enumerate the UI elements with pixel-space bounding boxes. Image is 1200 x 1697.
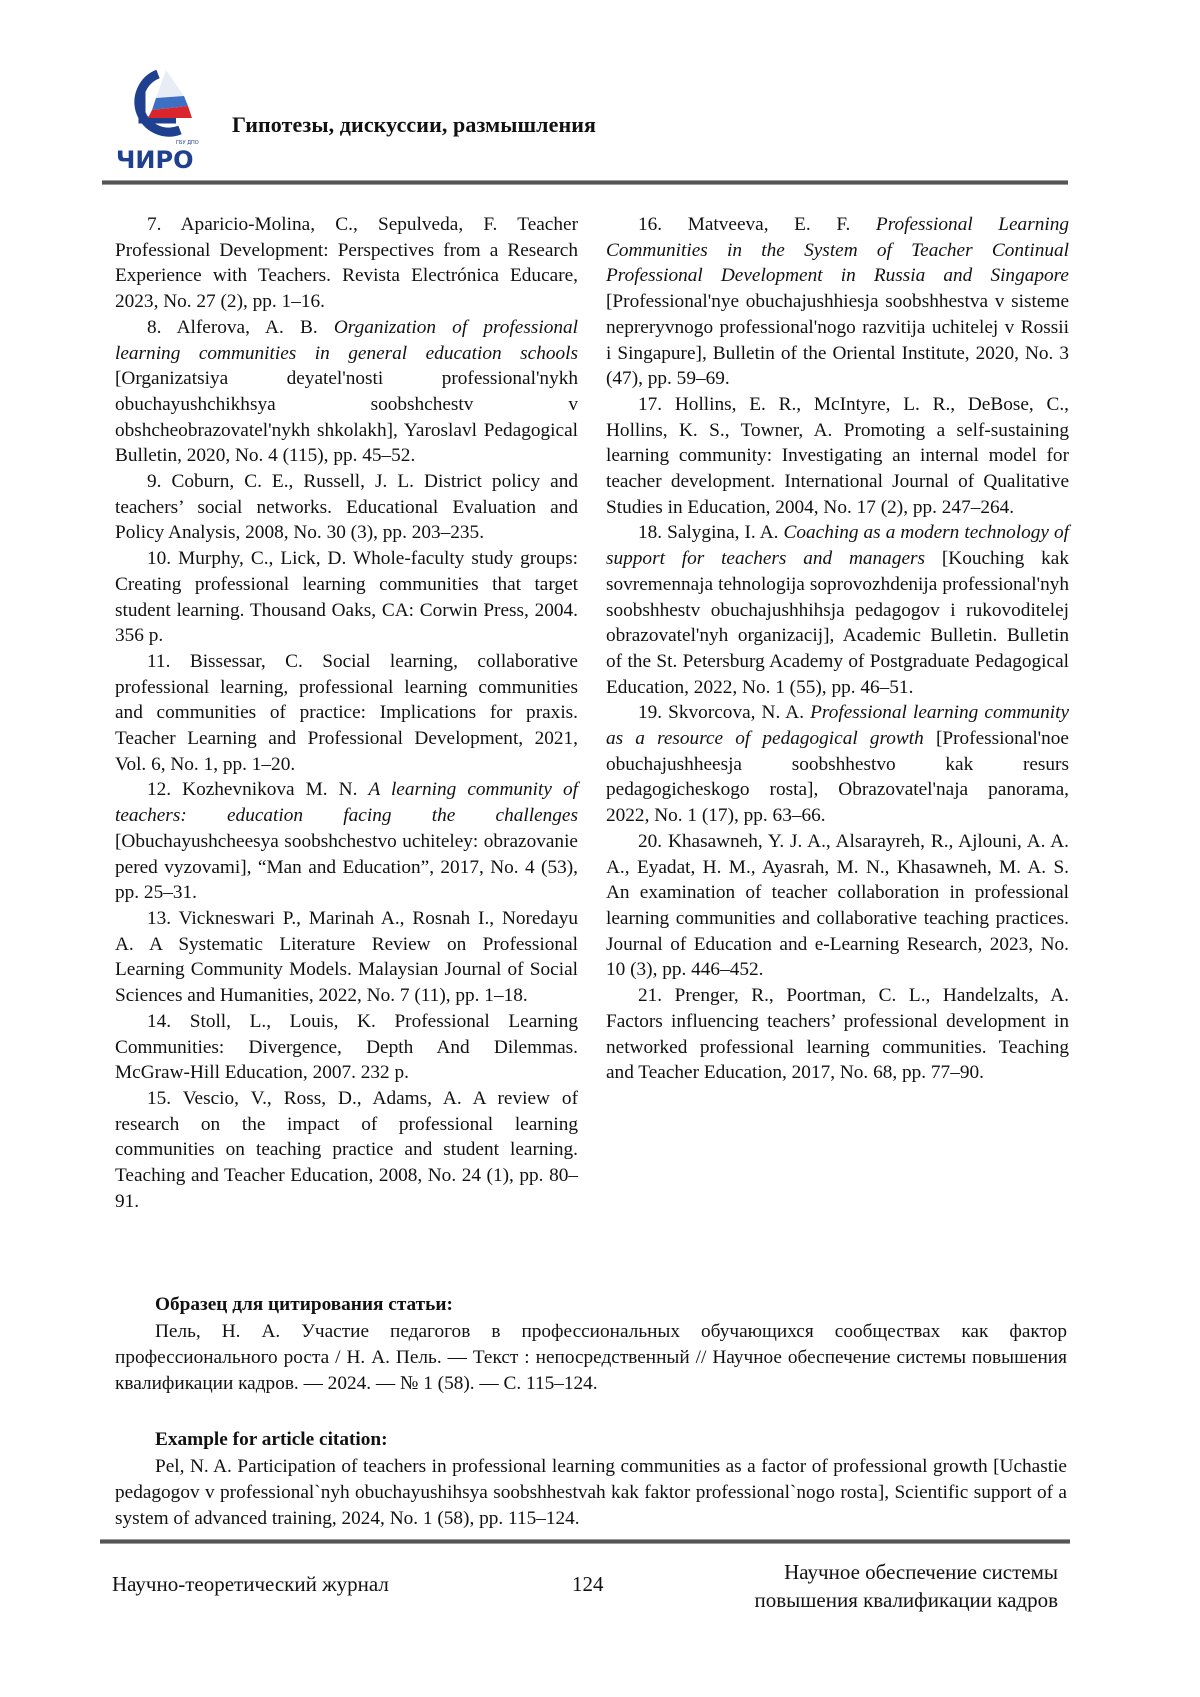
chiro-logo-icon: ГБУ ДПО ЧИРО: [114, 68, 204, 176]
references-left-column: 7. Aparicio-Molina, C., Sepulveda, F. Te…: [115, 212, 578, 1214]
reference-item: 18. Salygina, I. A. Coaching as a modern…: [606, 520, 1069, 700]
reference-item: 11. Bissessar, C. Social learning, colla…: [115, 649, 578, 778]
page-footer: Научно-теоретический журнал 124 Научное …: [0, 1550, 1200, 1620]
references-right-column: 16. Matveeva, E. F. Professional Learnin…: [606, 212, 1069, 1214]
journal-name: Научное обеспечение системы повышения кв…: [754, 1558, 1058, 1614]
reference-item: 10. Murphy, C., Lick, D. Whole-faculty s…: [115, 546, 578, 649]
journal-name-line1: Научное обеспечение системы: [754, 1558, 1058, 1586]
reference-number-authors: 8. Alferova, A. B.: [147, 317, 334, 338]
reference-details: A Systematic Literature Review on Profes…: [115, 934, 578, 1006]
reference-number-authors: 16. Matveeva, E. F.: [638, 214, 876, 235]
reference-item: 7. Aparicio-Molina, C., Sepulveda, F. Te…: [115, 212, 578, 315]
citation-ru-heading: Образец для цитирования статьи:: [155, 1292, 1067, 1318]
reference-item: 17. Hollins, E. R., McIntyre, L. R., DeB…: [606, 392, 1069, 521]
header-divider: [102, 180, 1068, 185]
reference-details: Factors influencing teachers’ profession…: [606, 1011, 1069, 1083]
reference-number-authors: 15. Vescio, V., Ross, D., Adams, A.: [147, 1088, 473, 1109]
chiro-logo: ГБУ ДПО ЧИРО: [114, 68, 204, 176]
reference-item: 20. Khasawneh, Y. J. A., Alsarayreh, R.,…: [606, 829, 1069, 983]
reference-item: 16. Matveeva, E. F. Professional Learnin…: [606, 212, 1069, 392]
citation-en-heading: Example for article citation:: [155, 1427, 1067, 1453]
citation-en: Example for article citation: Pel, N. A.…: [115, 1427, 1067, 1532]
footer-divider: [100, 1539, 1070, 1544]
reference-item: 13. Vickneswari P., Marinah A., Rosnah I…: [115, 906, 578, 1009]
reference-item: 19. Skvorcova, N. A. Professional learni…: [606, 700, 1069, 829]
reference-number-authors: 7. Aparicio-Molina, C., Sepulveda, F.: [147, 214, 517, 235]
reference-item: 15. Vescio, V., Ross, D., Adams, A. A re…: [115, 1086, 578, 1215]
reference-number-authors: 20. Khasawneh, Y. J. A., Alsarayreh, R.,…: [606, 831, 1069, 878]
reference-number-authors: 18. Salygina, I. A.: [638, 522, 784, 543]
reference-number-authors: 21. Prenger, R., Poortman, C. L., Handel…: [638, 985, 1069, 1006]
reference-details: [Kouching kak sovremennaja tehnologija s…: [606, 548, 1069, 698]
reference-number-authors: 12. Kozhevnikova M. N.: [147, 779, 368, 800]
section-title: Гипотезы, дискуссии, размышления: [232, 112, 596, 138]
reference-details: An examination of teacher collaboration …: [606, 882, 1069, 980]
svg-text:ЧИРО: ЧИРО: [116, 146, 193, 174]
citation-ru-text: Пель, Н. А. Участие педагогов в професси…: [115, 1319, 1067, 1397]
journal-type: Научно-теоретический журнал: [112, 1572, 389, 1597]
citation-en-text: Pel, N. A. Participation of teachers in …: [115, 1454, 1067, 1532]
journal-name-line2: повышения квалификации кадров: [754, 1586, 1058, 1614]
reference-number-authors: 10. Murphy, C., Lick, D.: [147, 548, 353, 569]
reference-number-authors: 14. Stoll, L., Louis, K.: [147, 1011, 394, 1032]
reference-number-authors: 11. Bissessar, C.: [147, 651, 322, 672]
page-number: 124: [572, 1572, 604, 1597]
reference-number-authors: 19. Skvorcova, N. A.: [638, 702, 810, 723]
reference-item: 8. Alferova, A. B. Organization of profe…: [115, 315, 578, 469]
reference-details: [Professional'nye obuchajushhiesja soobs…: [606, 291, 1069, 389]
reference-item: 21. Prenger, R., Poortman, C. L., Handel…: [606, 983, 1069, 1086]
page-header: ГБУ ДПО ЧИРО Гипотезы, дискуссии, размыш…: [0, 0, 1200, 190]
reference-item: 12. Kozhevnikova M. N. A learning commun…: [115, 777, 578, 906]
reference-details: [Obuchayushcheesya soobshchestvo uchitel…: [115, 831, 578, 903]
reference-details: [Organizatsiya deyatel'nosti professiona…: [115, 368, 578, 466]
reference-item: 9. Coburn, C. E., Russell, J. L. Distric…: [115, 469, 578, 546]
references-columns: 7. Aparicio-Molina, C., Sepulveda, F. Te…: [115, 212, 1069, 1214]
reference-item: 14. Stoll, L., Louis, K. Professional Le…: [115, 1009, 578, 1086]
reference-number-authors: 9. Coburn, C. E., Russell, J. L.: [147, 471, 424, 492]
citation-ru: Образец для цитирования статьи: Пель, Н.…: [115, 1292, 1067, 1397]
